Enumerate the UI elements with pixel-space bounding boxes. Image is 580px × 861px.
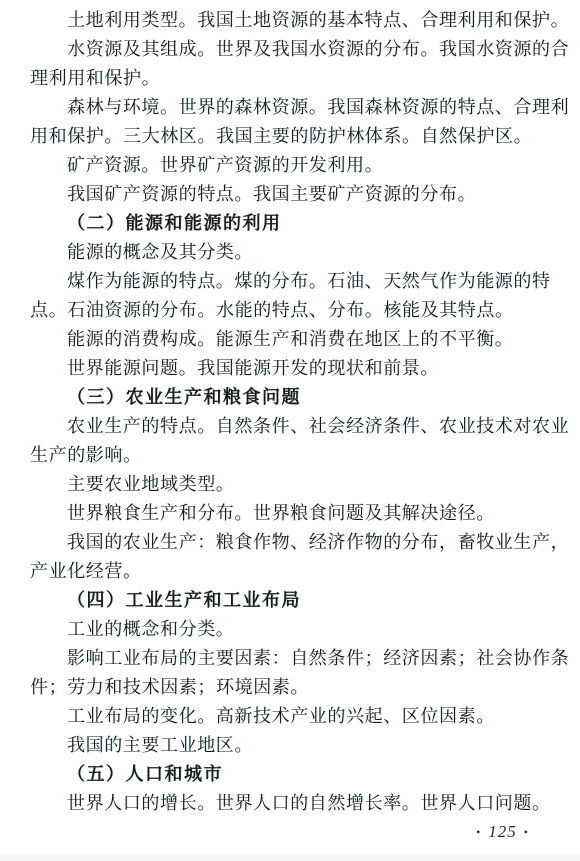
text-line: 世界人口的增长。世界人口的自然增长率。世界人口问题。 (30, 789, 554, 818)
text-line: 能源的概念及其分类。 (30, 238, 554, 267)
document-body: 土地利用类型。我国土地资源的基本特点、合理利用和保护。水资源及其组成。世界及我国… (30, 6, 554, 818)
text-line: 理利用和保护。 (30, 64, 554, 93)
page-number-value: 125 (488, 822, 517, 841)
scan-edge-smudge (0, 853, 580, 861)
text-line: 我国的农业生产：粮食作物、经济作物的分布，畜牧业生产， (30, 528, 554, 557)
text-line: 点。石油资源的分布。水能的特点、分布。核能及其特点。 (30, 296, 554, 325)
text-line: 工业布局的变化。高新技术产业的兴起、区位因素。 (30, 702, 554, 731)
section-heading: （五）人口和城市 (30, 760, 554, 789)
section-heading: （四）工业生产和工业布局 (30, 586, 554, 615)
section-heading: （三）农业生产和粮食问题 (30, 383, 554, 412)
text-line: 件；劳力和技术因素；环境因素。 (30, 673, 554, 702)
text-line: 世界能源问题。我国能源开发的现状和前景。 (30, 354, 554, 383)
text-line: 生产的影响。 (30, 441, 554, 470)
section-heading: （二）能源和能源的利用 (30, 209, 554, 238)
scanned-document-page: 土地利用类型。我国土地资源的基本特点、合理利用和保护。水资源及其组成。世界及我国… (0, 0, 580, 861)
text-line: 水资源及其组成。世界及我国水资源的分布。我国水资源的合 (30, 35, 554, 64)
text-line: 世界粮食生产和分布。世界粮食问题及其解决途径。 (30, 499, 554, 528)
page-number-left-dot: • (469, 825, 488, 839)
text-line: 农业生产的特点。自然条件、社会经济条件、农业技术对农业 (30, 412, 554, 441)
text-line: 矿产资源。世界矿产资源的开发利用。 (30, 151, 554, 180)
page-number-right-dot: • (517, 825, 536, 839)
text-line: 煤作为能源的特点。煤的分布。石油、天然气作为能源的特 (30, 267, 554, 296)
text-line: 影响工业布局的主要因素：自然条件；经济因素；社会协作条 (30, 644, 554, 673)
text-line: 用和保护。三大林区。我国主要的防护林体系。自然保护区。 (30, 122, 554, 151)
text-line: 森林与环境。世界的森林资源。我国森林资源的特点、合理利 (30, 93, 554, 122)
text-line: 能源的消费构成。能源生产和消费在地区上的不平衡。 (30, 325, 554, 354)
text-line: 产业化经营。 (30, 557, 554, 586)
text-line: 工业的概念和分类。 (30, 615, 554, 644)
page-number: •125• (469, 822, 536, 842)
text-line: 我国的主要工业地区。 (30, 731, 554, 760)
text-line: 我国矿产资源的特点。我国主要矿产资源的分布。 (30, 180, 554, 209)
text-line: 土地利用类型。我国土地资源的基本特点、合理利用和保护。 (30, 6, 554, 35)
text-line: 主要农业地域类型。 (30, 470, 554, 499)
